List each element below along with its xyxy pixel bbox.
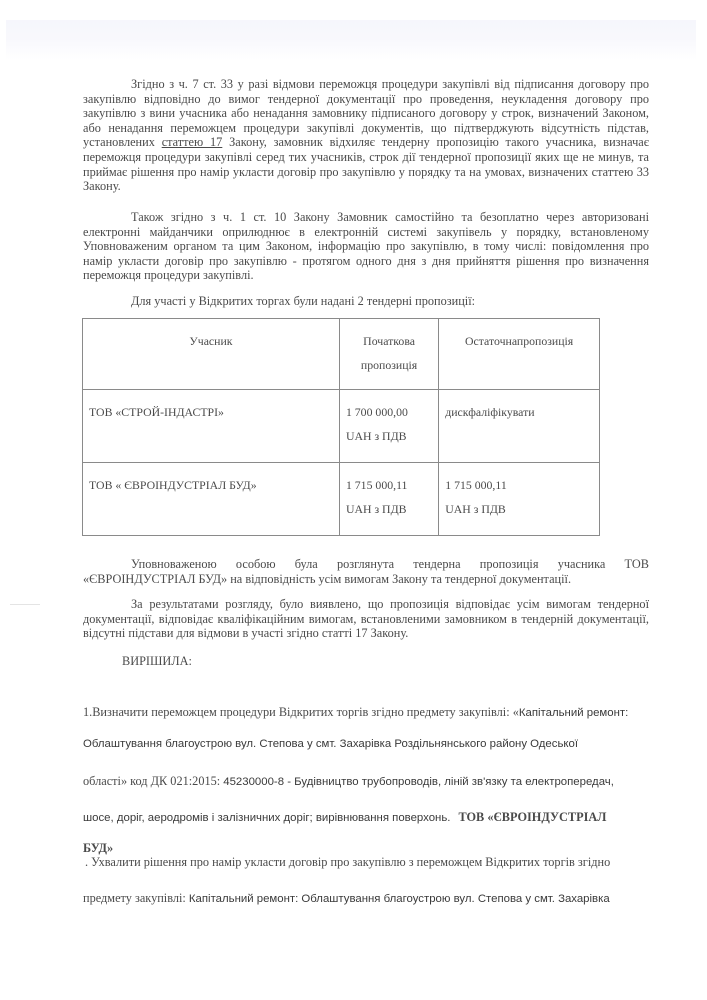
decision-text: шосе, доріг, аеродромів і залізничних до… bbox=[83, 812, 450, 824]
decision-text: 1.Визначити переможцем процедури Відкрит… bbox=[83, 705, 519, 719]
scan-artifact bbox=[6, 20, 696, 60]
winner-name: ТОВ «ЄВРОІНДУСТРІАЛ bbox=[458, 810, 606, 824]
final-amount: 1 715 000,11 bbox=[445, 473, 593, 497]
final-offer-cell: 1 715 000,11 UAH з ПДВ bbox=[439, 463, 600, 536]
final-amount: дискфаліфікувати bbox=[445, 400, 593, 424]
initial-offer-cell: 1 700 000,00 UAH з ПДВ bbox=[339, 390, 438, 463]
offers-table: Учасник Початкова пропозиція Остаточнапр… bbox=[82, 318, 600, 536]
paragraph-offers-intro: Для участі у Відкритих торгах були надан… bbox=[83, 294, 649, 309]
initial-offer-cell: 1 715 000,11 UAH з ПДВ bbox=[339, 463, 438, 536]
header-final-offer: Остаточнапропозиція bbox=[439, 319, 600, 390]
final-currency: UAH з ПДВ bbox=[445, 497, 593, 521]
decision-1-line-5: БУД» bbox=[83, 841, 113, 856]
article-17-reference: статтею 17 bbox=[162, 135, 223, 149]
decision-subject: Капітальний ремонт: Облаштування благоус… bbox=[189, 893, 610, 905]
table-row: ТОВ «СТРОЙ-ІНДАСТРІ» 1 700 000,00 UAH з … bbox=[83, 390, 600, 463]
decision-subject: Капітальний ремонт: bbox=[519, 707, 628, 719]
decision-text: предмету закупівлі: bbox=[83, 891, 189, 905]
participant-cell: ТОВ « ЄВРОІНДУСТРІАЛ БУД» bbox=[83, 463, 340, 536]
paragraph-review: Уповноваженою особою була розглянута тен… bbox=[83, 557, 649, 586]
decision-cpv-code: 45230000-8 - Будівництво трубопроводів, … bbox=[223, 776, 614, 788]
paragraph-article-33: Згідно з ч. 7 ст. 33 у разі відмови пере… bbox=[83, 77, 649, 194]
initial-currency: UAH з ПДВ bbox=[346, 424, 432, 448]
scan-mark bbox=[10, 604, 40, 605]
decision-text: області» код ДК 021:2015: bbox=[83, 774, 223, 788]
initial-currency: UAH з ПДВ bbox=[346, 497, 432, 521]
header-participant: Учасник bbox=[83, 319, 340, 390]
final-offer-cell: дискфаліфікувати bbox=[439, 390, 600, 463]
table-row: ТОВ « ЄВРОІНДУСТРІАЛ БУД» 1 715 000,11 U… bbox=[83, 463, 600, 536]
decision-1-line-4: шосе, доріг, аеродромів і залізничних до… bbox=[83, 808, 606, 826]
initial-amount: 1 715 000,11 bbox=[346, 473, 432, 497]
header-initial-line1: Початкова bbox=[346, 329, 432, 353]
decision-1-line-2: Облаштування благоустрою вул. Степова у … bbox=[83, 738, 578, 750]
header-initial-offer: Початкова пропозиція bbox=[339, 319, 438, 390]
paragraph-article-10: Також згідно з ч. 1 ст. 10 Закону Замовн… bbox=[83, 210, 649, 283]
decided-heading: ВИРІШИЛА: bbox=[122, 654, 192, 669]
paragraph-results: За результатами розгляду, було виявлено,… bbox=[83, 597, 649, 641]
decision-2-line-1: . Ухвалити рішення про намір укласти дог… bbox=[85, 855, 610, 870]
decision-1-line-3: області» код ДК 021:2015: 45230000-8 - Б… bbox=[83, 772, 614, 790]
header-initial-line2: пропозиція bbox=[346, 353, 432, 377]
table-header-row: Учасник Початкова пропозиція Остаточнапр… bbox=[83, 319, 600, 390]
participant-cell: ТОВ «СТРОЙ-ІНДАСТРІ» bbox=[83, 390, 340, 463]
initial-amount: 1 700 000,00 bbox=[346, 400, 432, 424]
decision-2-line-2: предмету закупівлі: Капітальний ремонт: … bbox=[83, 889, 610, 907]
decision-1-line-1: 1.Визначити переможцем процедури Відкрит… bbox=[83, 703, 628, 721]
